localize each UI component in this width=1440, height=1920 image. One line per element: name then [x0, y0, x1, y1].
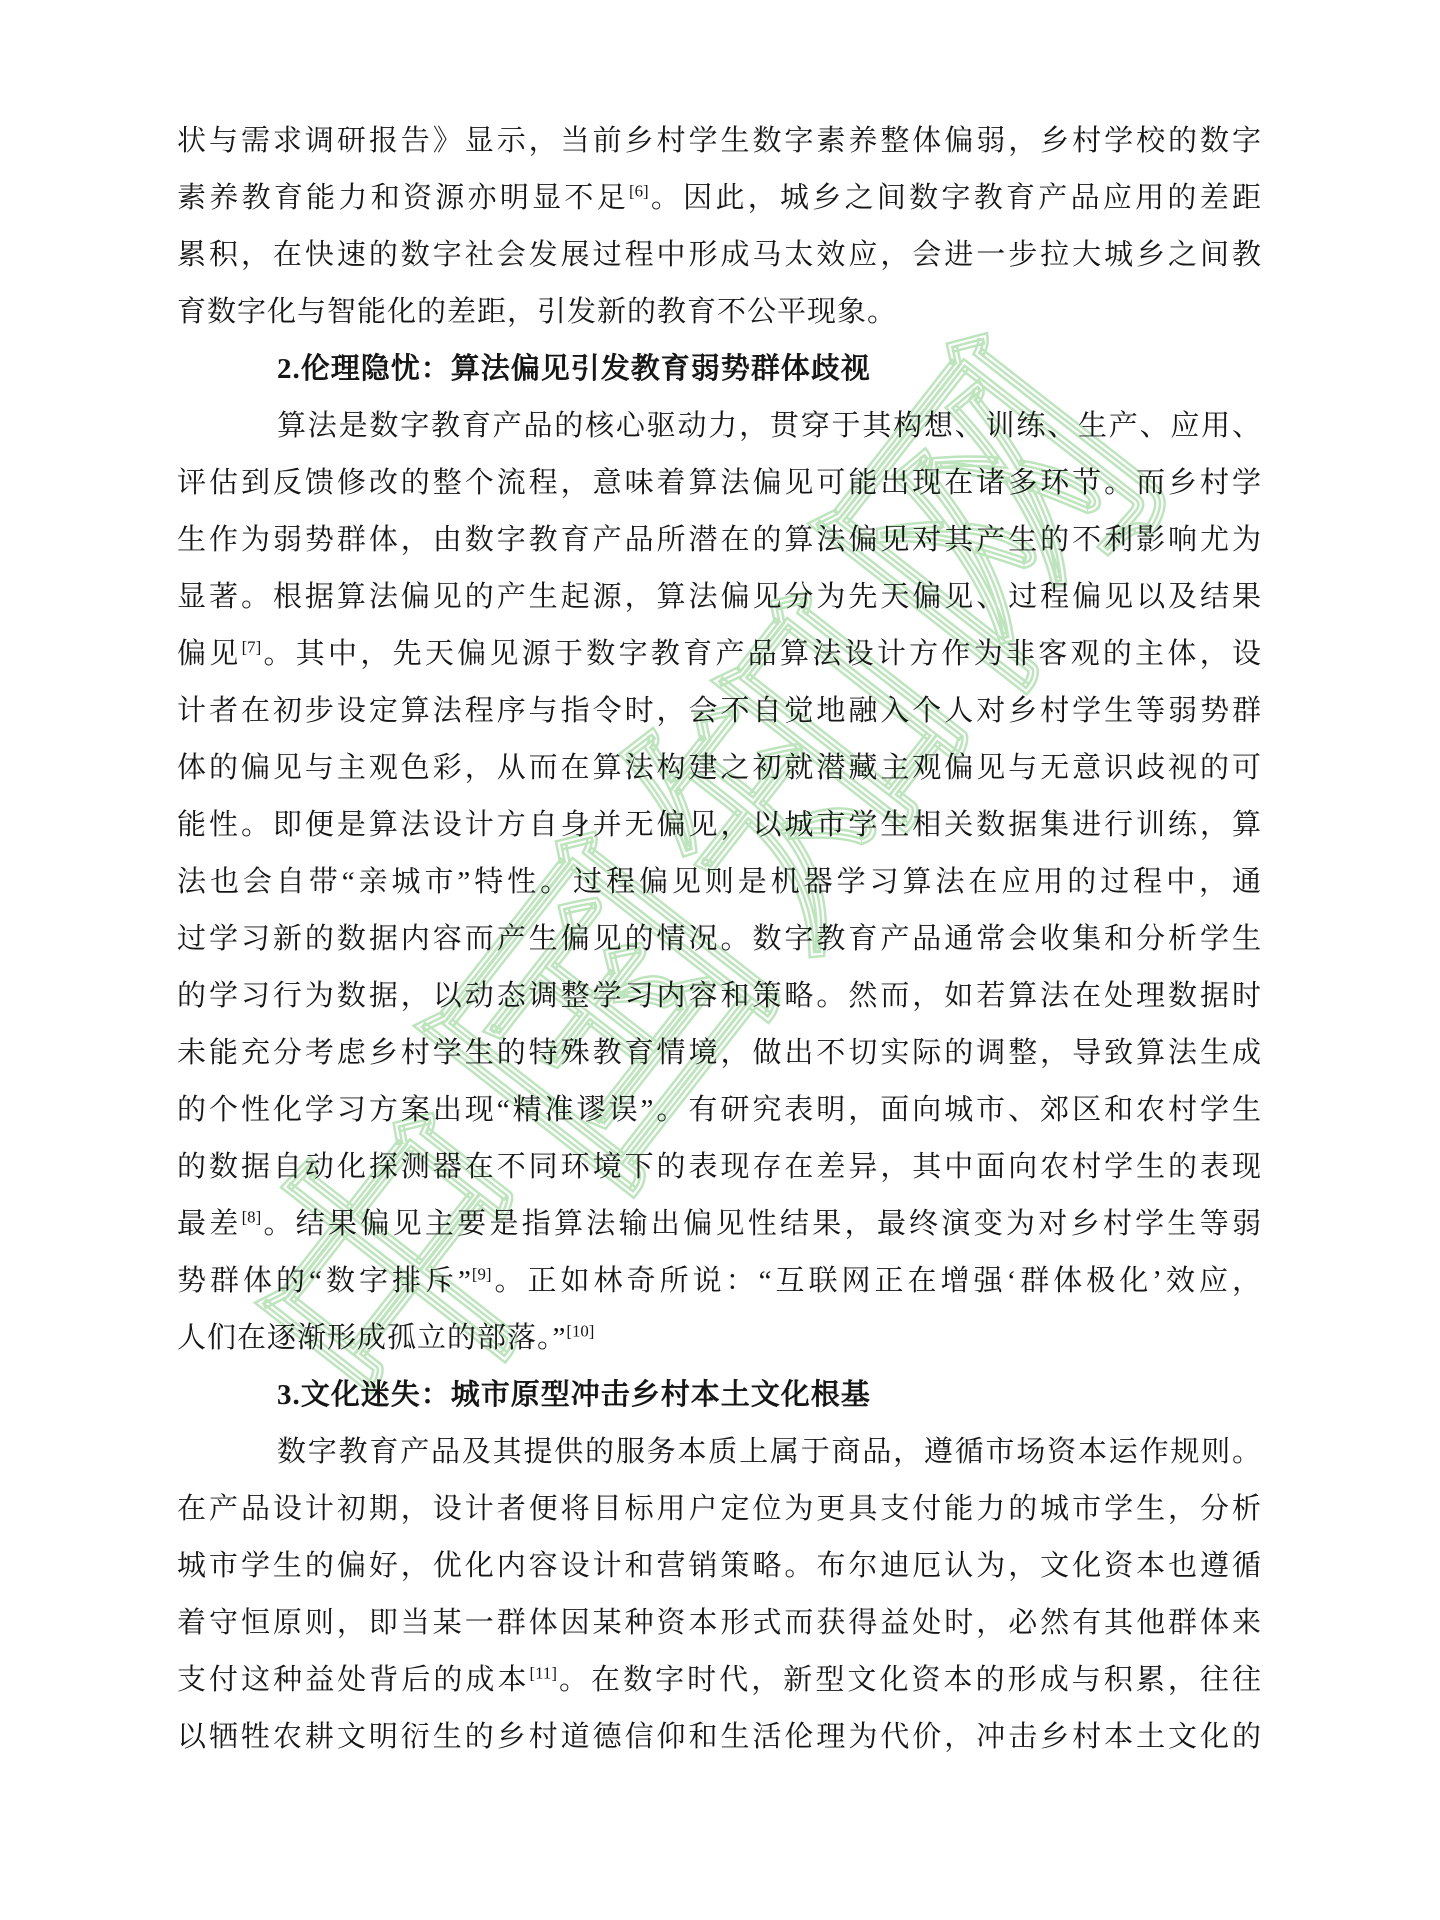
body-text-line: 累积，在快速的数字社会发展过程中形成马太效应，会进一步拉大城乡之间教: [177, 227, 1262, 284]
body-text-line: 偏见[7]。其中，先天偏见源于数字教育产品算法设计方作为非客观的主体，设: [177, 626, 1262, 683]
body-text-line: 数字教育产品及其提供的服务本质上属于商品，遵循市场资本运作规则。: [177, 1424, 1262, 1481]
citation-superscript: [10]: [566, 1321, 594, 1340]
body-text-line: 在产品设计初期，设计者便将目标用户定位为更具支付能力的城市学生，分析: [177, 1481, 1262, 1538]
body-text-line: 法也会自带“亲城市”特性。过程偏见则是机器学习算法在应用的过程中，通: [177, 854, 1262, 911]
body-text-line: 支付这种益处背后的成本[11]。在数字时代，新型文化资本的形成与积累，往往: [177, 1652, 1262, 1709]
body-text-line: 能性。即便是算法设计方自身并无偏见，以城市学生相关数据集进行训练，算: [177, 797, 1262, 854]
body-text-line: 状与需求调研报告》显示，当前乡村学生数字素养整体偏弱，乡村学校的数字: [177, 113, 1262, 170]
body-text-line: 着守恒原则，即当某一群体因某种资本形式而获得益处时，必然有其他群体来: [177, 1595, 1262, 1652]
body-text-line: 城市学生的偏好，优化内容设计和营销策略。布尔迪厄认为，文化资本也遵循: [177, 1538, 1262, 1595]
citation-superscript: [7]: [242, 637, 262, 656]
body-text-line: 生作为弱势群体，由数字教育产品所潜在的算法偏见对其产生的不利影响尤为: [177, 512, 1262, 569]
body-text-line: 最差[8]。结果偏见主要是指算法输出偏见性结果，最终演变为对乡村学生等弱: [177, 1196, 1262, 1253]
body-text-line: 算法是数字教育产品的核心驱动力，贯穿于其构想、训练、生产、应用、: [177, 398, 1262, 455]
body-text-line: 显著。根据算法偏见的产生起源，算法偏见分为先天偏见、过程偏见以及结果: [177, 569, 1262, 626]
body-text-line: 计者在初步设定算法程序与指令时，会不自觉地融入个人对乡村学生等弱势群: [177, 683, 1262, 740]
document-page: 中国知网 状与需求调研报告》显示，当前乡村学生数字素养整体偏弱，乡村学校的数字素…: [0, 0, 1440, 1920]
page-content: 状与需求调研报告》显示，当前乡村学生数字素养整体偏弱，乡村学校的数字素养教育能力…: [177, 113, 1262, 1766]
body-text-line: 的个性化学习方案出现“精准谬误”。有研究表明，面向城市、郊区和农村学生: [177, 1082, 1262, 1139]
body-text-line: 过学习新的数据内容而产生偏见的情况。数字教育产品通常会收集和分析学生: [177, 911, 1262, 968]
section-heading: 3.文化迷失：城市原型冲击乡村本土文化根基: [177, 1367, 1262, 1424]
body-text-line: 素养教育能力和资源亦明显不足[6]。因此，城乡之间数字教育产品应用的差距: [177, 170, 1262, 227]
body-text-line: 评估到反馈修改的整个流程，意味着算法偏见可能出现在诸多环节。而乡村学: [177, 455, 1262, 512]
body-text-line: 体的偏见与主观色彩，从而在算法构建之初就潜藏主观偏见与无意识歧视的可: [177, 740, 1262, 797]
body-text-line: 以牺牲农耕文明衍生的乡村道德信仰和生活伦理为代价，冲击乡村本土文化的: [177, 1709, 1262, 1766]
body-text-line: 育数字化与智能化的差距，引发新的教育不公平现象。: [177, 284, 1262, 341]
body-text-line: 的学习行为数据，以动态调整学习内容和策略。然而，如若算法在处理数据时: [177, 968, 1262, 1025]
body-text-line: 人们在逐渐形成孤立的部落。”[10]: [177, 1310, 1262, 1367]
section-heading: 2.伦理隐忧：算法偏见引发教育弱势群体歧视: [177, 341, 1262, 398]
citation-superscript: [8]: [242, 1207, 262, 1226]
body-text-line: 势群体的“数字排斥”[9]。正如林奇所说：“互联网正在增强‘群体极化’效应，: [177, 1253, 1262, 1310]
citation-superscript: [9]: [472, 1264, 492, 1283]
citation-superscript: [6]: [629, 181, 649, 200]
citation-superscript: [11]: [530, 1663, 557, 1682]
body-text-line: 的数据自动化探测器在不同环境下的表现存在差异，其中面向农村学生的表现: [177, 1139, 1262, 1196]
body-text-line: 未能充分考虑乡村学生的特殊教育情境，做出不切实际的调整，导致算法生成: [177, 1025, 1262, 1082]
